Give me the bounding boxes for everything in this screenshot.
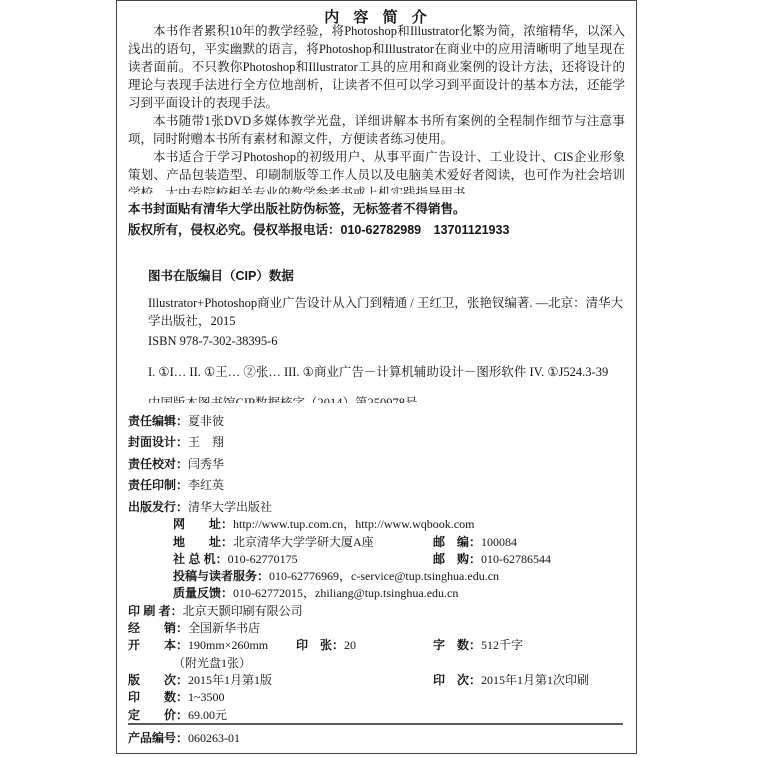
staff-row-editor: 责任编辑：夏非彼 [128, 411, 625, 432]
price-row: 定 价：69.00元 [128, 707, 625, 724]
edition-value: 2015年1月第1版 [188, 673, 272, 687]
format-row: 开 本：190mm×260mm 印 张：20 字 数：512千字 [128, 637, 625, 654]
staff-row-cover-design: 封面设计：王 翔 [128, 432, 625, 453]
format-note-row: （附光盘1张） [128, 655, 625, 672]
copyright-report-line: 版权所有，侵权必究。侵权举报电话：010-62782989 1370112193… [128, 220, 625, 241]
zip-label: 邮 编： [433, 535, 481, 549]
publishing-block: 出版发行：清华大学出版社 网 址：http://www.tup.com.cn，h… [128, 499, 625, 724]
staff-label: 责任校对： [128, 457, 188, 471]
product-number-row: 产品编号：060263-01 [128, 730, 625, 747]
staff-row-proofreader: 责任校对：闫秀华 [128, 454, 625, 475]
staff-row-print-production: 责任印制：李红英 [128, 475, 625, 496]
staff-label: 封面设计： [128, 435, 188, 449]
impression-label: 印 次： [433, 673, 481, 687]
quality-feedback-label: 质量反馈： [173, 586, 233, 600]
anti-piracy-notice: 本书封面贴有清华大学出版社防伪标签，无标签者不得销售。 版权所有，侵权必究。侵权… [128, 199, 625, 241]
price-label: 定 价： [128, 708, 188, 722]
printer-label: 印 刷 者： [128, 604, 183, 618]
cip-record-number: 中国版本图书馆CIP数据核字（2014）第250978号 [148, 394, 625, 403]
divider-line [128, 723, 623, 725]
staff-block: 责任编辑：夏非彼 封面设计：王 翔 责任校对：闫秀华 责任印制：李红英 [128, 411, 625, 497]
distributor-row: 经 销：全国新华书店 [128, 620, 625, 637]
sheets-cell: 印 张：20 [296, 637, 356, 654]
word-count-cell: 字 数：512千字 [433, 637, 523, 654]
zip-value: 100084 [481, 535, 517, 549]
edition-row: 版 次：2015年1月第1版 印 次：2015年1月第1次印刷 [128, 672, 625, 689]
address-label: 地 址： [173, 535, 233, 549]
format-note: （附光盘1张） [173, 656, 251, 670]
sheets-label: 印 张： [296, 638, 344, 652]
print-run-value: 1~3500 [188, 690, 225, 704]
switchboard-value: 010-62770175 [228, 552, 298, 566]
isbn-line: ISBN 978-7-302-38395-6 [148, 332, 625, 350]
publisher-row: 出版发行：清华大学出版社 [128, 499, 625, 516]
switchboard-row: 社 总 机：010-62770175 邮 购：010-62786544 [128, 551, 625, 568]
format-label: 开 本： [128, 638, 188, 652]
cip-title-line: Illustrator+Photoshop商业广告设计从入门到精通 / 王红卫，… [148, 294, 625, 330]
address-row: 地 址：北京清华大学学研大厦A座 邮 编：100084 [128, 534, 625, 551]
anti-piracy-line: 本书封面贴有清华大学出版社防伪标签，无标签者不得销售。 [128, 199, 625, 220]
intro-paragraph: 本书随带1张DVD多媒体教学光盘，详细讲解本书所有案例的全程制作细节与注意事项，… [128, 112, 625, 148]
cip-block: 图书在版编目（CIP）数据 Illustrator+Photoshop商业广告设… [148, 267, 625, 403]
reader-service-row: 投稿与读者服务：010-62776969，c-service@tup.tsing… [128, 568, 625, 585]
content-summary: 本书作者累积10年的教学经验，将Photoshop和Illustrator化繁为… [128, 22, 625, 194]
intro-paragraph: 本书适合于学习Photoshop的初级用户、从事平面广告设计、工业设计、CIS企… [128, 148, 625, 194]
switchboard-label: 社 总 机： [173, 552, 228, 566]
reader-service-label: 投稿与读者服务： [173, 569, 269, 583]
price-value: 69.00元 [188, 708, 227, 722]
mail-order-cell: 邮 购：010-62786544 [433, 551, 551, 568]
intro-paragraph: 本书作者累积10年的教学经验，将Photoshop和Illustrator化繁为… [128, 22, 625, 112]
distributor-value: 全国新华书店 [188, 621, 260, 635]
word-count-label: 字 数： [433, 638, 481, 652]
quality-feedback-row: 质量反馈：010-62772015，zhiliang@tup.tsinghua.… [128, 585, 625, 602]
reader-service-value: 010-62776969，c-service@tup.tsinghua.edu.… [269, 569, 499, 583]
website-row: 网 址：http://www.tup.com.cn，http://www.wqb… [128, 516, 625, 533]
staff-value: 闫秀华 [188, 457, 224, 471]
website-value: http://www.tup.com.cn，http://www.wqbook.… [233, 517, 474, 531]
website-label: 网 址： [173, 517, 233, 531]
print-run-row: 印 数：1~3500 [128, 689, 625, 706]
staff-label: 责任印制： [128, 478, 188, 492]
impression-value: 2015年1月第1次印刷 [481, 673, 589, 687]
quality-feedback-value: 010-62772015，zhiliang@tup.tsinghua.edu.c… [233, 586, 458, 600]
staff-value: 王 翔 [188, 435, 224, 449]
staff-value: 李红英 [188, 478, 224, 492]
publisher-value: 清华大学出版社 [188, 500, 272, 514]
mail-order-value: 010-62786544 [481, 552, 551, 566]
printer-value: 北京天颢印刷有限公司 [183, 604, 303, 618]
staff-label: 责任编辑： [128, 414, 188, 428]
cip-classification-line: I. ①I… II. ①王… ②张… III. ①商业广告－计算机辅助设计－图形… [148, 363, 625, 381]
format-value: 190mm×260mm [188, 638, 268, 652]
cip-header: 图书在版编目（CIP）数据 [148, 267, 625, 285]
distributor-label: 经 销： [128, 621, 188, 635]
publisher-label: 出版发行： [128, 500, 188, 514]
printer-row: 印 刷 者：北京天颢印刷有限公司 [128, 603, 625, 620]
print-run-label: 印 数： [128, 690, 188, 704]
copyright-page-border-box: 内 容 简 介 本书作者累积10年的教学经验，将Photoshop和Illust… [116, 0, 637, 754]
sheets-value: 20 [344, 638, 356, 652]
zip-cell: 邮 编：100084 [433, 534, 517, 551]
product-number-value: 060263-01 [188, 731, 240, 745]
edition-label: 版 次： [128, 673, 188, 687]
mail-order-label: 邮 购： [433, 552, 481, 566]
word-count-value: 512千字 [481, 638, 523, 652]
product-number-label: 产品编号： [128, 731, 188, 745]
staff-value: 夏非彼 [188, 414, 224, 428]
impression-cell: 印 次：2015年1月第1次印刷 [433, 672, 589, 689]
address-value: 北京清华大学学研大厦A座 [233, 535, 374, 549]
